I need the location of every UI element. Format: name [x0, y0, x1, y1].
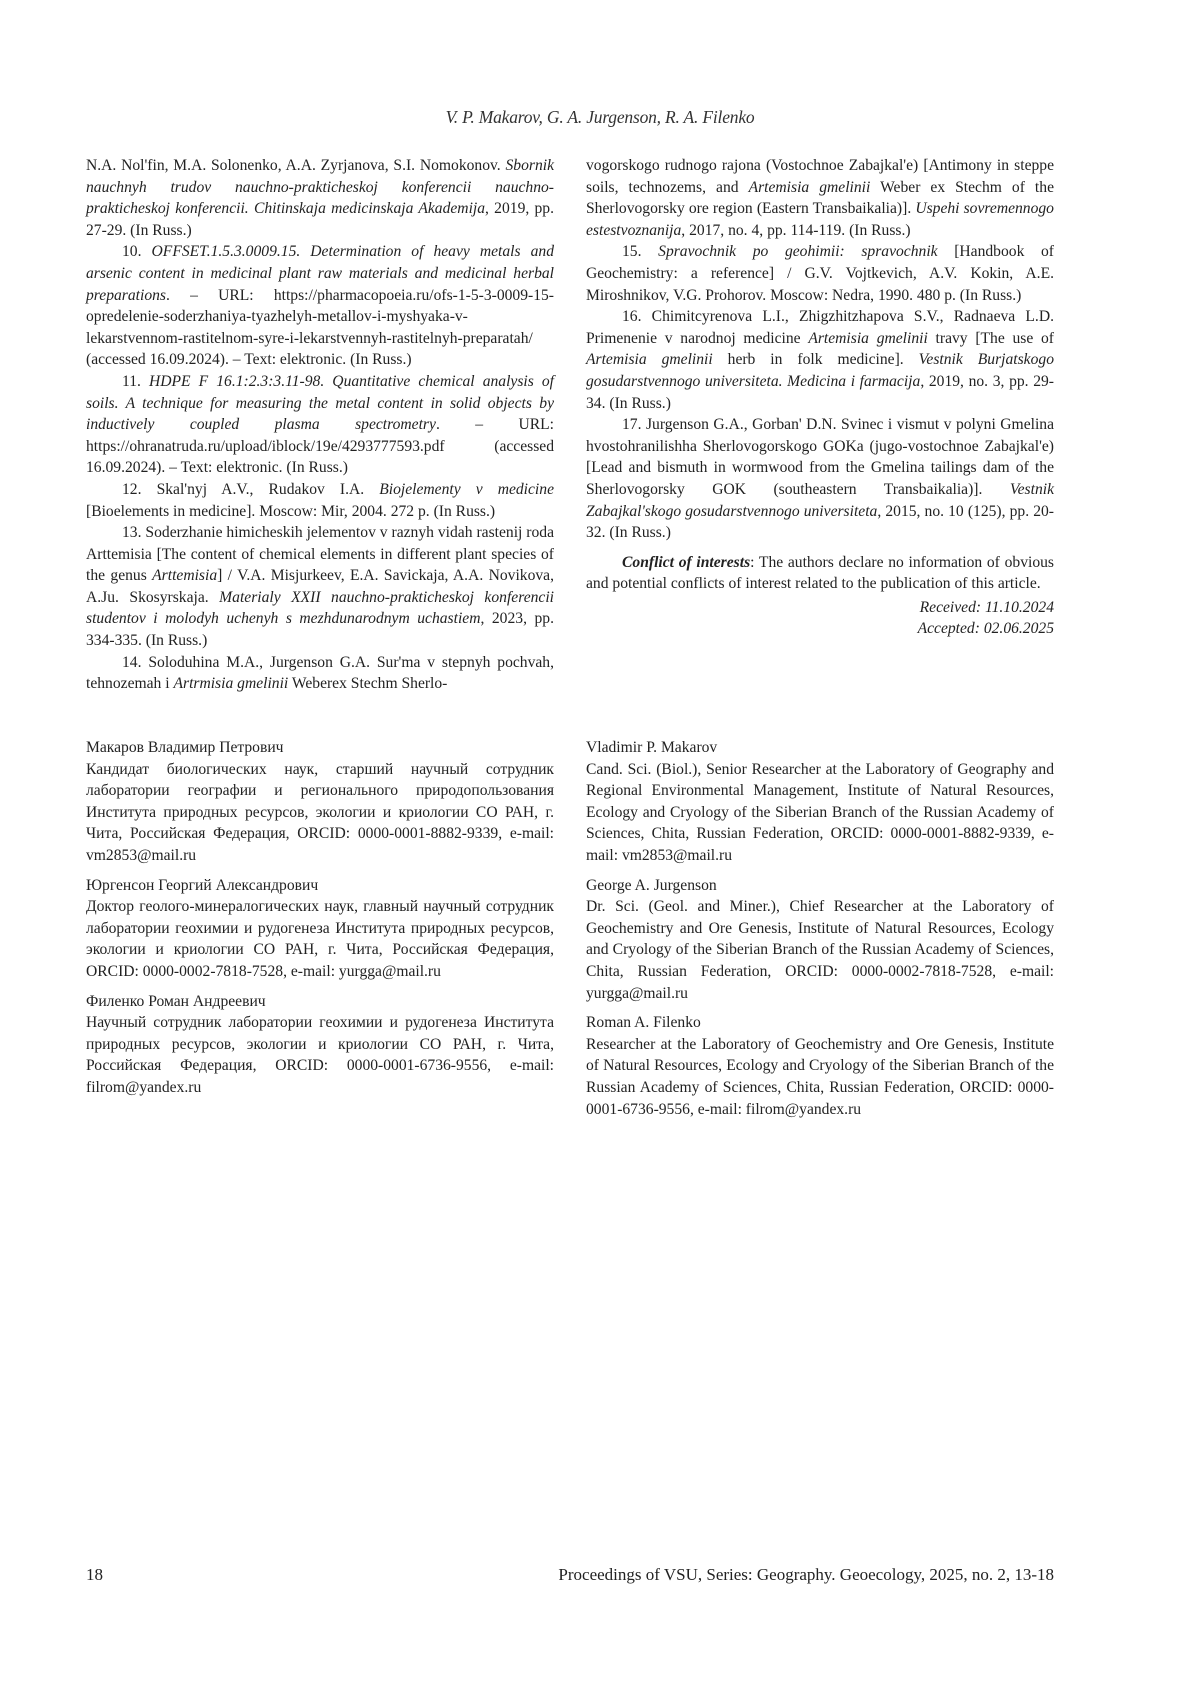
journal-citation: Proceedings of VSU, Series: Geography. G… — [558, 1565, 1054, 1585]
references-list-right: vogorskogo rudnogo rajona (Vostochnoe Za… — [586, 155, 1054, 544]
author-details: Кандидат биологических наук, старший нау… — [86, 759, 554, 867]
conflict-of-interests: Conflict of interests: The authors decla… — [586, 552, 1054, 595]
reference-item: 17. Jurgenson G.A., Gorban' D.N. Svinec … — [586, 414, 1054, 544]
reference-item: 14. Soloduhina M.A., Jurgenson G.A. Sur'… — [86, 652, 554, 695]
reference-text: travy [The use of — [928, 330, 1054, 347]
reference-item: 12. Skal'nyj A.V., Rudakov I.A. Biojelem… — [86, 479, 554, 522]
accepted-date: Accepted: 02.06.2025 — [586, 618, 1054, 640]
references-right-column: vogorskogo rudnogo rajona (Vostochnoe Za… — [586, 155, 1054, 640]
author-bios-english: Vladimir P. Makarov Cand. Sci. (Biol.), … — [586, 737, 1054, 1128]
author-name: Филенко Роман Андреевич — [86, 991, 554, 1013]
reference-item: N.A. Nol'fin, M.A. Solonenko, A.A. Zyrja… — [86, 155, 554, 241]
author-name: George A. Jurgenson — [586, 875, 1054, 897]
author-bio: Roman A. Filenko Researcher at the Labor… — [586, 1012, 1054, 1120]
reference-item: 15. Spravochnik po geohimii: spravochnik… — [586, 241, 1054, 306]
author-name: Юргенсон Георгий Александрович — [86, 875, 554, 897]
running-head-authors: V. P. Makarov, G. A. Jurgenson, R. A. Fi… — [0, 107, 1200, 128]
conflict-label: Conflict of interests — [622, 554, 750, 571]
reference-item: 10. OFFSET.1.5.3.0009.15. Determination … — [86, 241, 554, 371]
reference-title-italic: Artemisia gmelinii — [749, 179, 871, 196]
author-name: Roman A. Filenko — [586, 1012, 1054, 1034]
reference-text: herb in folk medicine]. — [713, 351, 919, 368]
author-bio: George A. Jurgenson Dr. Sci. (Geol. and … — [586, 875, 1054, 1005]
author-details: Cand. Sci. (Biol.), Senior Researcher at… — [586, 759, 1054, 867]
reference-text: 11. — [122, 373, 149, 390]
reference-title-italic: Artemisia gmelinii — [586, 351, 713, 368]
reference-title-italic: Artrmisia gmelinii — [173, 675, 288, 692]
reference-text: 10. — [122, 243, 152, 260]
reference-title-italic: Spravochnik po geohimii: spravochnik — [658, 243, 937, 260]
author-name: Vladimir P. Makarov — [586, 737, 1054, 759]
reference-text: 15. — [622, 243, 658, 260]
reference-item: 11. HDPE F 16.1:2.3:3.11-98. Quantitativ… — [86, 371, 554, 479]
reference-item: 13. Soderzhanie himicheskih jelementov v… — [86, 522, 554, 652]
received-date: Received: 11.10.2024 — [586, 597, 1054, 619]
author-bio: Vladimir P. Makarov Cand. Sci. (Biol.), … — [586, 737, 1054, 867]
author-name: Макаров Владимир Петрович — [86, 737, 554, 759]
author-details: Доктор геолого-минералогических наук, гл… — [86, 896, 554, 982]
reference-title-italic: Biojelementy v medicine — [379, 481, 554, 498]
author-details: Научный сотрудник лаборатории геохимии и… — [86, 1012, 554, 1098]
author-bio: Филенко Роман Андреевич Научный сотрудни… — [86, 991, 554, 1099]
references-left-column: N.A. Nol'fin, M.A. Solonenko, A.A. Zyrja… — [86, 155, 554, 695]
author-bio: Юргенсон Георгий Александрович Доктор ге… — [86, 875, 554, 983]
page-number: 18 — [86, 1565, 103, 1585]
author-details: Researcher at the Laboratory of Geochemi… — [586, 1034, 1054, 1120]
reference-text: 17. Jurgenson G.A., Gorban' D.N. Svinec … — [586, 416, 1054, 498]
reference-text: [Bioelements in medicine]. Moscow: Mir, … — [86, 503, 495, 520]
reference-text: N.A. Nol'fin, M.A. Solonenko, A.A. Zyrja… — [86, 157, 505, 174]
article-dates: Received: 11.10.2024 Accepted: 02.06.202… — [586, 597, 1054, 640]
reference-text: , 2017, no. 4, pp. 114-119. (In Russ.) — [681, 222, 910, 239]
reference-text: Weberex Stechm Sherlo- — [288, 675, 447, 692]
author-details: Dr. Sci. (Geol. and Miner.), Chief Resea… — [586, 896, 1054, 1004]
author-bios-russian: Макаров Владимир Петрович Кандидат биоло… — [86, 737, 554, 1107]
author-bio: Макаров Владимир Петрович Кандидат биоло… — [86, 737, 554, 867]
reference-text: 12. Skal'nyj A.V., Rudakov I.A. — [122, 481, 379, 498]
reference-title-italic: Arttemisia — [152, 567, 217, 584]
reference-title-italic: Artemisia gmelinii — [808, 330, 927, 347]
reference-item: 16. Chimitcyrenova L.I., Zhigzhitzhapova… — [586, 306, 1054, 414]
reference-item: vogorskogo rudnogo rajona (Vostochnoe Za… — [586, 155, 1054, 241]
